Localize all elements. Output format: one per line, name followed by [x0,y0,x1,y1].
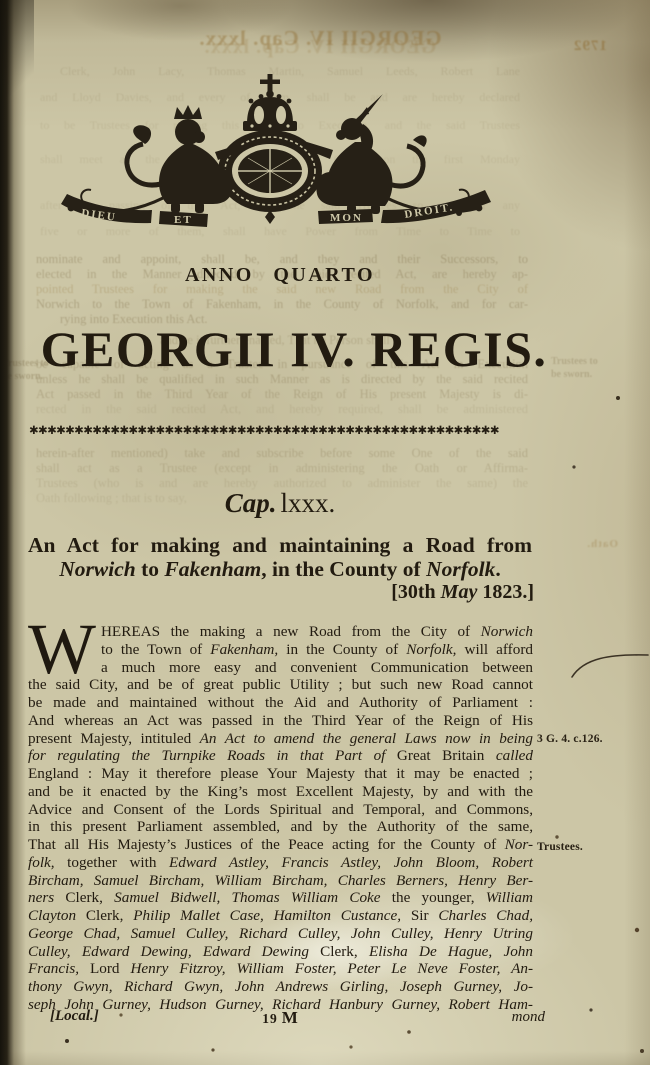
margin-note-statute: 3 G. 4. c.126. [537,733,649,745]
body-line: folk, together with Edward Astley, Franc… [28,854,533,872]
ornament-divider: ✱✱✱✱✱✱✱✱✱✱✱✱✱✱✱✱✱✱✱✱✱✱✱✱✱✱✱✱✱✱✱✱✱✱✱✱✱✱✱✱… [29,423,530,440]
motto-word-mon: MON [330,212,363,224]
body-line: Advice and Consent of the Lords Spiritua… [28,801,533,819]
bleedthrough-mirrored-text: Oath. [548,538,618,551]
body-line: Clayton Clerk, Philip Mallet Case, Hamil… [28,907,533,925]
body-line: the said City, and be of great public Ut… [28,676,533,694]
bleedthrough-mirrored-text: GEORGII IV. Cap. lxxx. [140,36,500,60]
roman-text: Great Britain [397,747,496,764]
italic-text: An Act to amend the general Laws now in … [200,730,533,747]
roman-text: Clerk, [86,907,133,924]
garter-shield [218,130,322,212]
italic-text: May [441,581,478,603]
anno-quarto-heading: ANNO QUARTO [28,264,532,287]
roman-text: to [136,557,165,581]
chapter-cap-label: Cap. [225,488,277,518]
body-text: HEREAS the making a new Road from the Ci… [28,623,533,1014]
act-title-line2: Norwich to Fakenham, in the County of No… [28,557,532,582]
roman-text: HEREAS the making a new Road from the Ci… [101,623,481,640]
italic-text: Fakenham [164,557,261,581]
italic-text: Norfolk [426,557,495,581]
roman-text: Clerk, [65,889,114,906]
italic-text: called [496,747,533,764]
crown-icon [243,74,297,131]
roman-text: in this present Parliament assembled, an… [28,818,533,835]
roman-text: 1823.] [477,581,534,603]
pendant-ornament [265,210,275,224]
body-line: Bircham, Samuel Bircham, William Bircham… [28,872,533,890]
italic-text: Philip Mallet Case, Hamilton Custance, [133,907,411,924]
roman-text: Clerk, [320,943,369,960]
body-line: thony Gwyn, Richard Gwyn, John Andrews G… [28,978,533,996]
roman-text: will afford [456,641,533,658]
roman-text: England : May it therefore please Your M… [28,765,533,782]
chapter-heading: Cap.lxxx. [28,488,532,519]
binding-corner-shadow [0,0,34,120]
italic-text: Fakenham, [210,641,278,658]
roman-text: , in the County of [261,557,426,581]
italic-text: Edward Astley, Francis Astley, John Bloo… [169,854,533,871]
bleedthrough-text: herein-after mentioned) take and subscri… [36,446,528,461]
italic-text: Bircham, Samuel Bircham, William Bircham… [28,872,533,889]
italic-text: Elisha De Hague, John [369,943,533,960]
regis-title: GEORGII IV. REGIS. [16,320,572,378]
act-title-line1: An Act for making and maintaining a Road… [28,533,532,558]
binding-shadow [0,0,26,1065]
roman-text: [30th [391,581,440,603]
roman-text: to the Town of [101,641,210,658]
body-line: That all His Majesty’s Justices of the P… [28,836,533,854]
roman-text: Lord [90,960,130,977]
italic-text: Samuel Bidwell, Thomas William Coke [114,889,392,906]
italic-text: Norwich [481,623,533,640]
act-date-line: [30th May 1823.] [28,581,534,604]
italic-text: Francis, [28,960,90,977]
chapter-number: lxxx. [281,488,336,518]
italic-text: Culley, Edward Dewing, Edward Dewing [28,943,320,960]
body-line: present Majesty, intituled An Act to ame… [28,730,533,748]
body-line: HEREAS the making a new Road from the Ci… [28,623,533,641]
italic-text: thony Gwyn, Richard Gwyn, John Andrews G… [28,978,533,995]
roman-text: in the County of [278,641,406,658]
royal-coat-of-arms: DIEU ET MON DROIT. [55,66,495,234]
motto-word-et: ET [174,214,193,226]
roman-text: together with [55,854,169,871]
bleedthrough-text: Norwich to the Town of Fakenham, in the … [36,297,528,312]
scratch-mark [566,644,650,687]
body-line: Culley, Edward Dewing, Edward Dewing Cle… [28,943,533,961]
body-line: And whereas an Act was passed in the Thi… [28,712,533,730]
italic-text: Charles Chad, [438,907,533,924]
italic-text: George Chad, Samuel Culley, Richard Cull… [28,925,533,942]
italic-text: folk, [28,854,55,871]
italic-text: for regulating the Turnpike Roads in tha… [28,747,397,764]
body-line: ners Clerk, Samuel Bidwell, Thomas Willi… [28,889,533,907]
roman-text: the said City, and be of great public Ut… [28,676,533,693]
roman-text: be made and maintained without the Aid a… [28,694,533,711]
bleedthrough-text: rected in the said recited Act, and here… [36,402,528,417]
act-body: W HEREAS the making a new Road from the … [28,623,533,1014]
coat-of-arms-engraving: DIEU ET MON DROIT. [55,66,495,234]
margin-note-trustees: Trustees. [537,841,649,853]
italic-text: ners [28,889,65,906]
bleedthrough-text: Act passed in the Third Year of the Reig… [36,387,528,402]
scanned-act-page: { "header": { "anno": "ANNO QUARTO", "re… [0,0,650,1065]
italic-text: Norfolk, [406,641,456,658]
roman-text: Sir [411,907,439,924]
body-line: a much more easy and convenient Communic… [28,659,533,677]
roman-text: a much more easy and convenient Communic… [101,659,533,676]
body-line: to the Town of Fakenham, in the County o… [28,641,533,659]
italic-text: Nor- [505,836,533,853]
roman-text: Advice and Consent of the Lords Spiritua… [28,801,533,818]
body-line: be made and maintained without the Aid a… [28,694,533,712]
italic-text: Henry Fitzroy, William Foster, Peter Le … [130,960,533,977]
body-line: for regulating the Turnpike Roads in tha… [28,747,533,765]
italic-text: Norwich [59,557,135,581]
body-line: England : May it therefore please Your M… [28,765,533,783]
unicorn-figure [305,94,427,214]
italic-text: William [486,889,533,906]
roman-text: the younger, [392,889,486,906]
roman-text: That all His Majesty’s Justices of the P… [28,836,505,853]
roman-text: and be it enacted by the King’s most Exc… [28,783,533,800]
body-line: Francis, Lord Henry Fitzroy, William Fos… [28,960,533,978]
roman-text: . [495,557,500,581]
bleedthrough-mirrored-text: 1792 [555,38,625,56]
body-line: and be it enacted by the King’s most Exc… [28,783,533,801]
roman-text: And whereas an Act was passed in the Thi… [28,712,533,729]
drop-cap: W [28,623,96,676]
body-line: in this present Parliament assembled, an… [28,818,533,836]
bleedthrough-text: shall act as a Trustee (except in admini… [36,461,528,476]
body-line: George Chad, Samuel Culley, Richard Cull… [28,925,533,943]
roman-text: present Majesty, intituled [28,730,200,747]
footer-catchword: mond [28,1009,545,1026]
italic-text: Clayton [28,907,86,924]
